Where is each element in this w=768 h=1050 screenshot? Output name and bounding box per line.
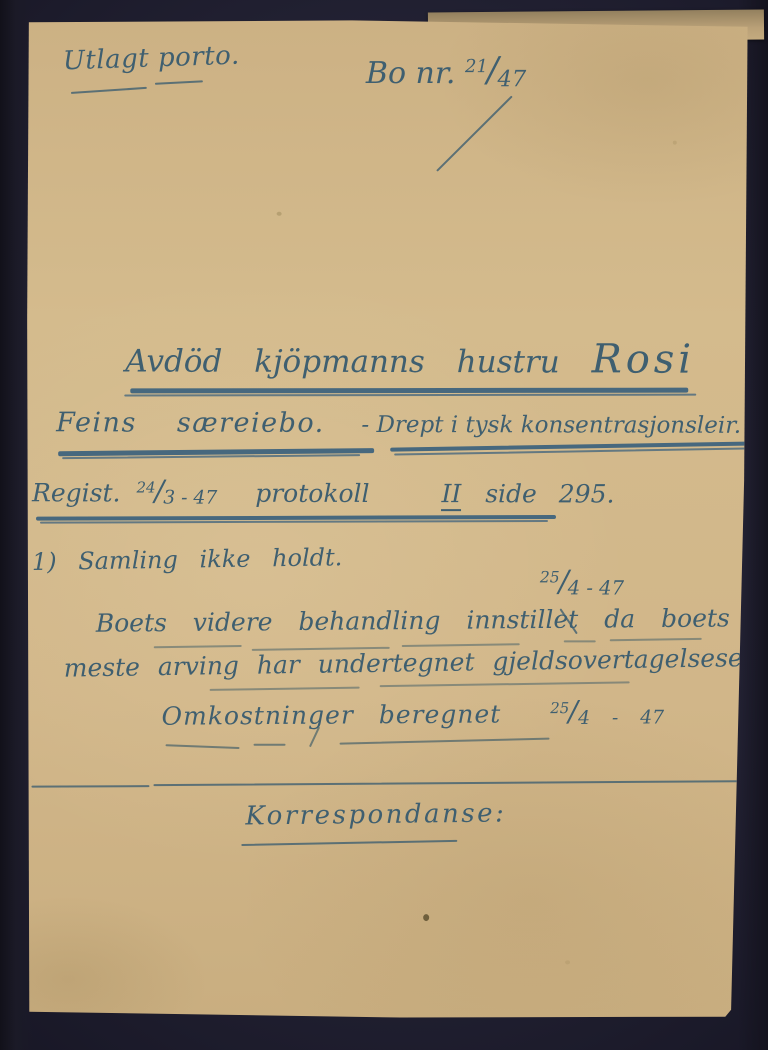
- correspondence-underline: [241, 840, 457, 846]
- word-underline: [610, 638, 702, 641]
- main-title-line2: Feins særeiebo. - Drept i tysk konsentra…: [56, 407, 741, 439]
- postage-underline: [71, 87, 147, 94]
- title1-underline-thin: [124, 394, 696, 397]
- case-number-denominator: 47: [498, 66, 527, 92]
- paper-speck: [673, 141, 677, 145]
- document-page: Utlagt porto. Bo nr. 21/47 Avdöd kjöpman…: [25, 19, 749, 1021]
- registration-line: Regist. 24/3 - 47 protokoll II side 295.: [32, 474, 614, 509]
- page-reference: side 295.: [485, 479, 614, 508]
- note-paragraph-line2: meste arving har undertegnet gjeldsovert…: [64, 643, 768, 683]
- case-number: Bo nr. 21/47: [366, 52, 526, 92]
- case-number-label: Bo nr.: [366, 56, 456, 91]
- word-underline: [210, 687, 360, 691]
- deceased-descriptor: Avdöd kjöpmanns hustru: [125, 343, 559, 380]
- photo-background: Utlagt porto. Bo nr. 21/47 Avdöd kjöpman…: [0, 0, 768, 1050]
- case-number-fraction: 21/47: [465, 52, 526, 92]
- correspondence-heading: Korrespondanse:: [245, 798, 506, 831]
- protocol-number: II: [441, 479, 461, 511]
- divider-line: [153, 780, 753, 786]
- registration-label: Regist.: [32, 478, 121, 507]
- suspension-date-numerator: 25: [540, 569, 560, 587]
- registration-date: 24/3 - 47: [136, 474, 217, 508]
- fate-note: - Drept i tysk konsentrasjonsleir.: [361, 412, 741, 439]
- postage-note: Utlagt porto.: [63, 41, 241, 77]
- note-item-1: 1) Samling ikke holdt.: [32, 543, 343, 576]
- suspension-date: 25/4 - 47: [540, 565, 624, 600]
- paper-speck: [423, 914, 429, 921]
- costs-underline: [166, 744, 240, 749]
- costs-label: Omkostninger beregnet: [162, 699, 502, 730]
- fraction-slash: /: [487, 50, 499, 90]
- costs-date-denominator: 4 - 47: [578, 708, 664, 730]
- deceased-name: Rosi: [592, 336, 696, 382]
- costs-date: 25/4 - 47: [550, 694, 664, 729]
- word-underline: [154, 645, 242, 648]
- word-underline: [564, 640, 596, 642]
- estate-title: Feins særeiebo.: [56, 407, 325, 439]
- note-paragraph-line1: Boets videre behandling innstillet da bo…: [96, 603, 730, 637]
- postage-underline: [155, 80, 203, 84]
- main-title-line1: Avdöd kjöpmanns hustru Rosi: [125, 335, 695, 382]
- protocol-word: protokoll: [255, 479, 369, 508]
- pen-flourish-stroke: [436, 96, 512, 172]
- costs-date-numerator: 25: [550, 699, 569, 717]
- registration-underline-thin: [40, 520, 548, 524]
- costs-underline: [340, 738, 550, 745]
- divider-line-left: [31, 785, 149, 788]
- costs-line: Omkostninger beregnet 25/4 - 47: [161, 694, 664, 731]
- registration-date-denominator: 3 - 47: [163, 488, 217, 509]
- title1-underline-heavy: [130, 388, 688, 394]
- case-number-numerator: 21: [465, 56, 488, 77]
- suspension-date-denominator: 4 - 47: [568, 577, 624, 600]
- costs-underline: [254, 744, 286, 746]
- word-underline: [380, 681, 630, 687]
- registration-date-numerator: 24: [136, 478, 155, 496]
- paper-speck: [565, 960, 570, 964]
- paper-speck: [277, 212, 282, 216]
